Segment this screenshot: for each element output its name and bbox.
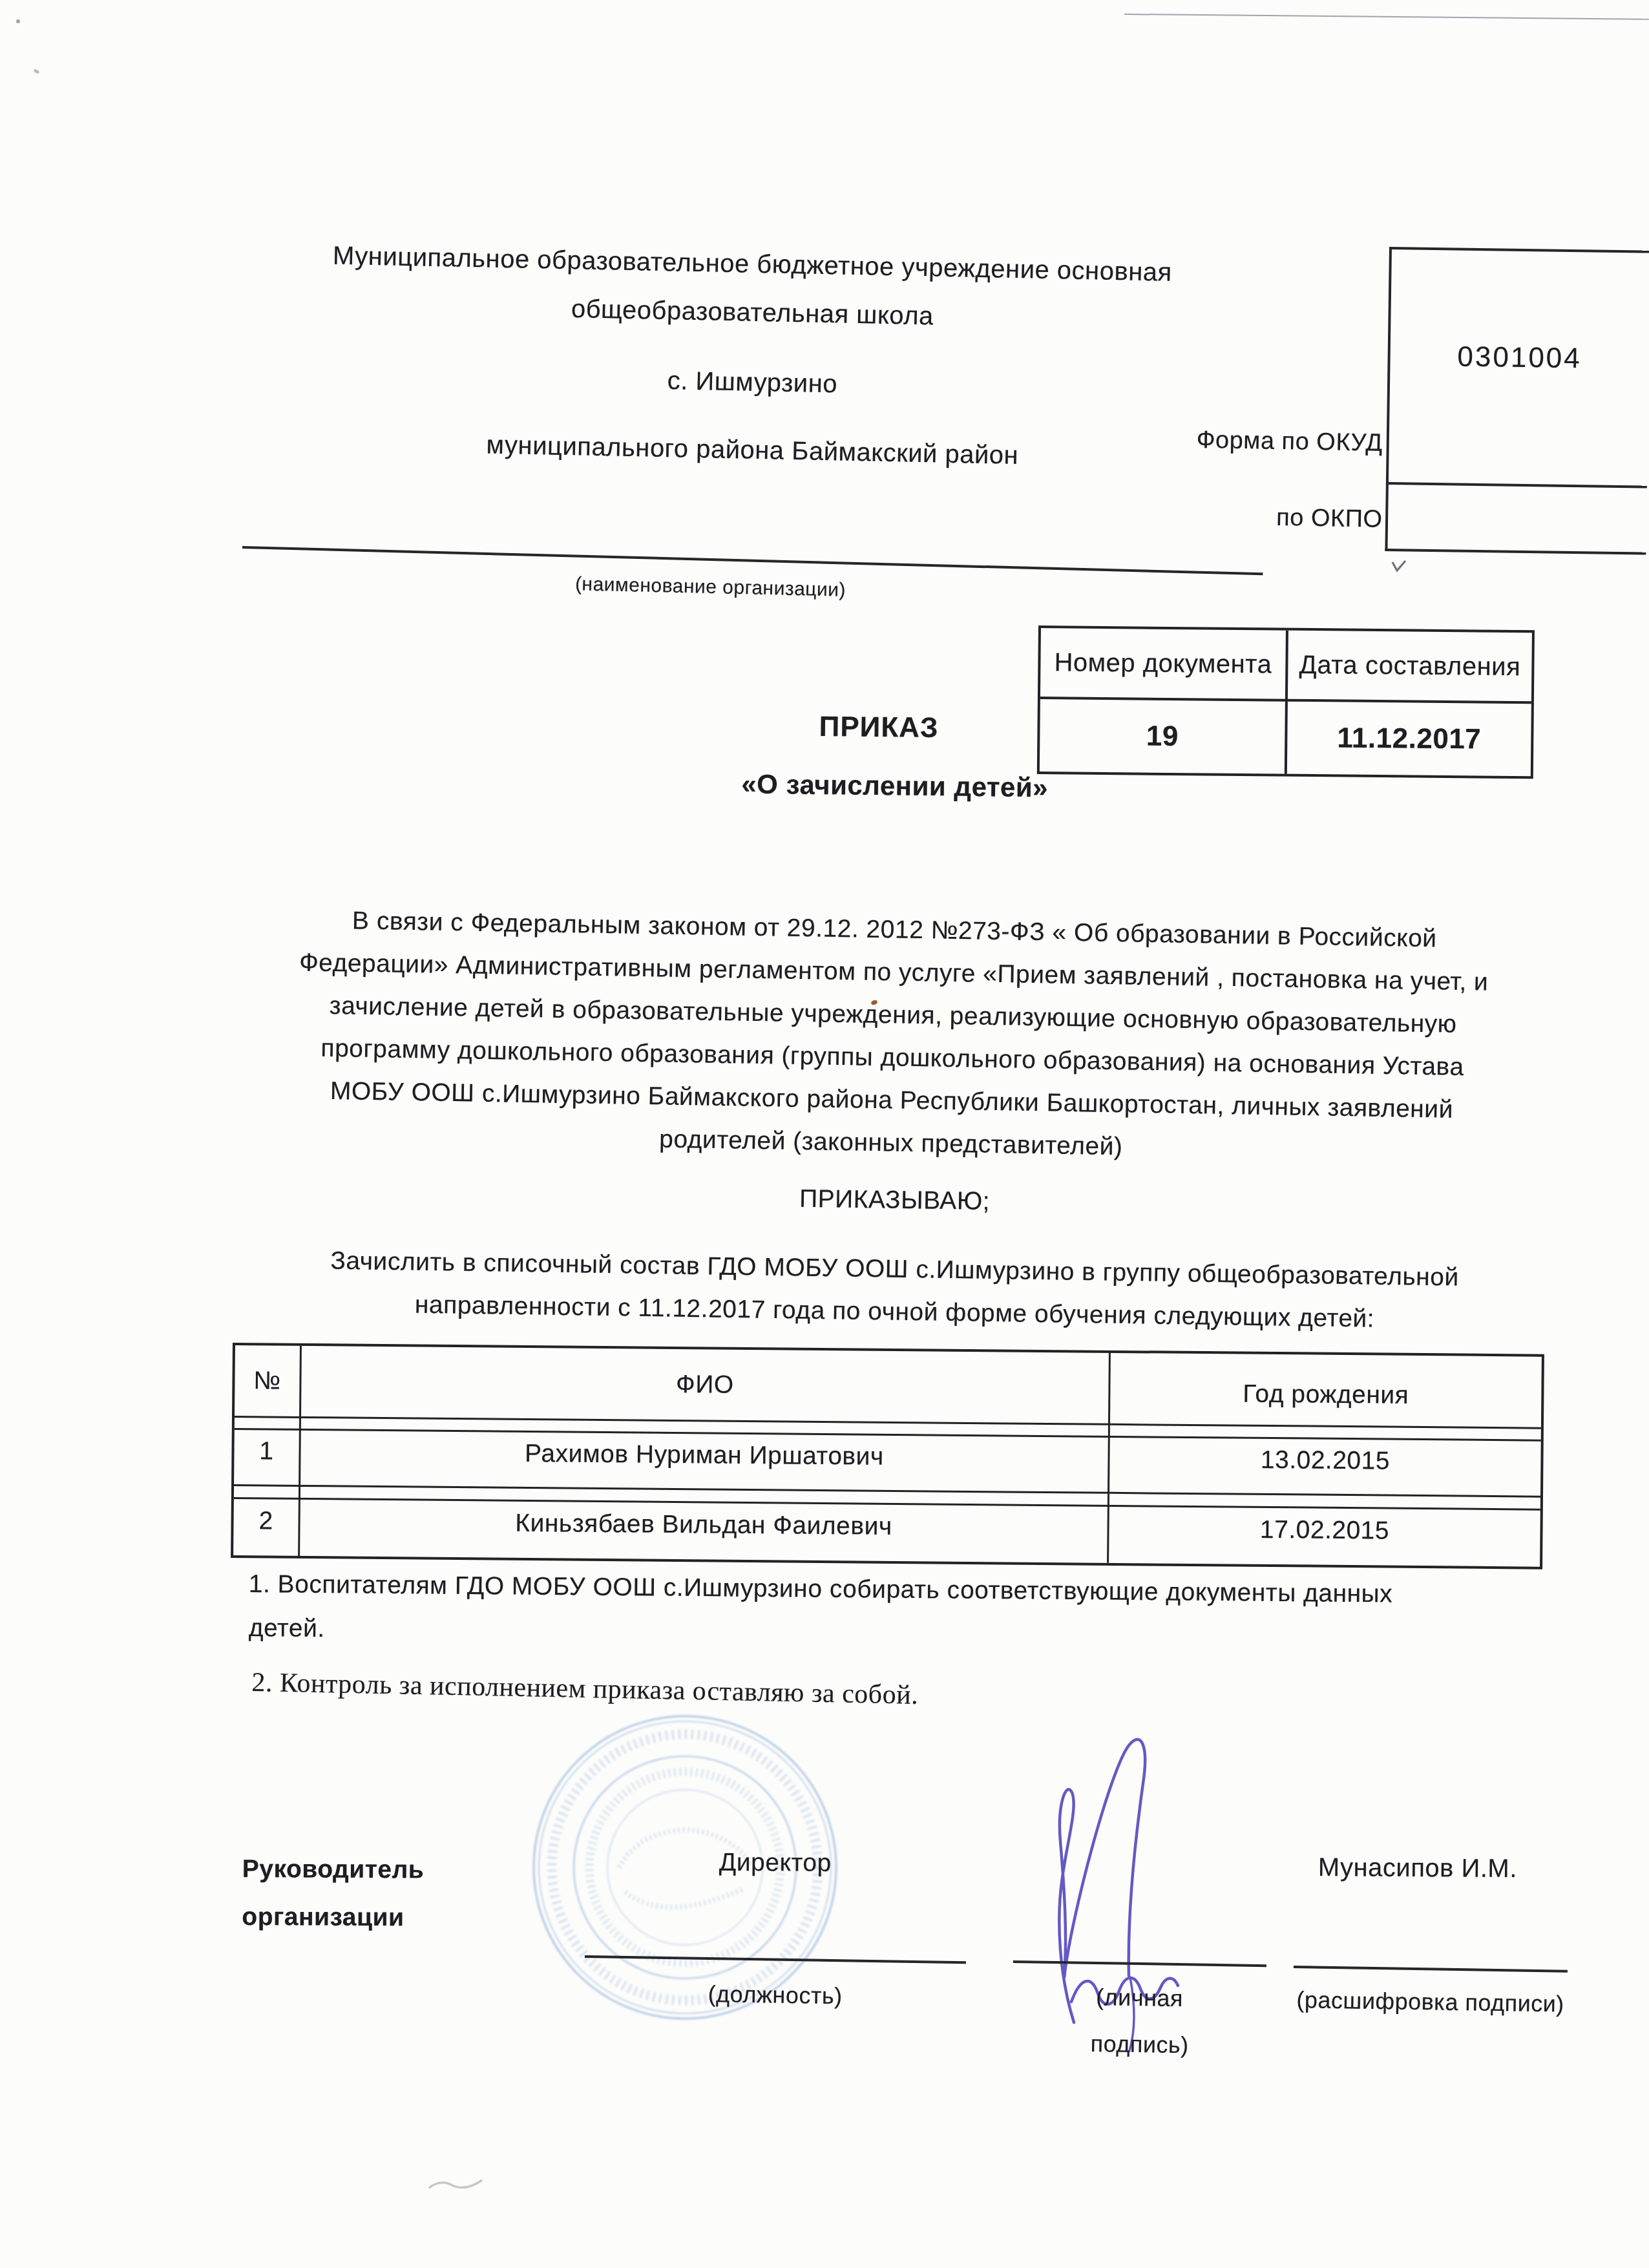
enroll-line-2: направленности с 11.12.2017 года по очно… [255,1288,1534,1336]
decree-word: ПРИКАЗЫВАЮ; [255,1177,1534,1224]
clause-2: 2. Контроль за исполнением приказа остав… [251,1667,919,1711]
okud-code-box: 0301004 [1385,247,1649,555]
okud-code: 0301004 [1390,340,1649,376]
children-table-header-num: № [235,1345,302,1418]
org-name-line-3: с. Ишмурзино [213,357,1292,408]
doc-date-value: 11.12.2017 [1287,702,1531,777]
org-name-line-1: Муниципальное образовательное бюджетное … [213,239,1292,290]
signee-name: Мунасипов И.М. [1318,1853,1517,1884]
okud-box-divider [1389,482,1647,488]
doc-meta-table: Номер документа Дата составления 19 11.1… [1037,625,1535,779]
leader-label-line-2: организации [242,1893,424,1942]
decipher-rule [1294,1966,1568,1973]
leader-label-line-1: Руководитель [242,1845,425,1894]
org-name-line-2: общеобразовательная школа [213,288,1292,339]
ink-speck [33,68,39,74]
leader-label: Руководитель организации [242,1845,424,1942]
caption-decipher: (расшифровка подписи) [1293,1986,1568,2018]
org-name-caption: (наименование организации) [510,572,911,603]
smudge-artifact [426,2176,485,2196]
enroll-line-1: Зачислить в списочный состав ГДО МОБУ ОО… [255,1246,1534,1293]
position-value: Директор [653,1848,898,1878]
caption-personal-line-2: подпись) [1013,2029,1266,2060]
caption-personal-line-1: (личная [1013,1982,1266,2013]
ink-speck [16,19,20,23]
okpo-label: по ОКПО [1130,501,1383,534]
clause-1-line-2: детей. [249,1614,325,1643]
okud-form-label: Форма по ОКУД [1130,425,1383,457]
doc-date-header: Дата составления [1288,631,1532,704]
order-title: ПРИКАЗ [819,711,938,744]
order-subject: «О зачислении детей» [658,768,1131,804]
preamble-paragraph: В связи с Федеральным законом от 29.12. … [251,898,1534,1175]
doc-number-value: 19 [1040,699,1288,774]
org-name-rule [242,546,1263,575]
check-mark-artifact [1391,560,1407,577]
scanned-order-document: Муниципальное образовательное бюджетное … [0,0,1649,2268]
children-table: № ФИО Год рождения 1 Рахимов Нуриман Ирш… [231,1343,1544,1570]
doc-number-header: Номер документа [1040,628,1288,702]
scan-edge-artifact [1124,14,1649,20]
children-table-header-fio: ФИО [301,1346,1111,1425]
children-table-header-dob: Год рождения [1110,1353,1542,1429]
clause-1-line-1: 1. Воспитателям ГДО МОБУ ООШ с.Ишмурзино… [249,1570,1393,1608]
